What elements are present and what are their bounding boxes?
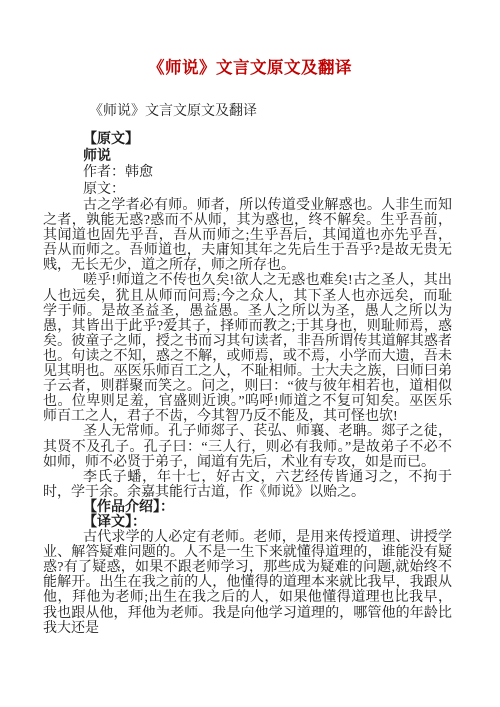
section-marker-intro: 【作品介绍】： — [43, 500, 452, 515]
original-header-block: 【原文】 师说 作者：韩愈 原文： — [43, 132, 452, 198]
document-page: 《师说》文言文原文及翻译 《师说》文言文原文及翻译 【原文】 师说 作者：韩愈 … — [0, 0, 500, 707]
original-paragraph-1: 古之学者必有师。师者，所以传道受业解惑也。人非生而知之者，孰能无惑?惑而不从师，… — [43, 198, 452, 273]
document-subtitle: 《师说》文言文原文及翻译 — [43, 104, 452, 119]
document-title: 《师说》文言文原文及翻译 — [0, 58, 500, 78]
author-line: 作者：韩愈 — [43, 165, 452, 182]
work-title: 师说 — [43, 149, 452, 166]
original-paragraph-4: 李氏子蟠，年十七，好古文，六艺经传皆通习之，不拘于时，学于余。余嘉其能行古道，作… — [43, 470, 452, 500]
section-marker-translation: 【译文】： — [43, 515, 452, 530]
original-paragraph-3: 圣人无常师。孔子师郯子、苌弘、师襄、老聃。郯子之徒，其贤不及孔子。孔子曰：“三人… — [43, 424, 452, 469]
original-label: 原文： — [43, 182, 452, 199]
original-paragraph-2: 嗟乎!师道之不传也久矣!欲人之无惑也难矣!古之圣人，其出人也远矣，犹且从师而问焉… — [43, 273, 452, 424]
section-marker-original: 【原文】 — [43, 132, 452, 149]
document-body: 古之学者必有师。师者，所以传道受业解惑也。人非生而知之者，孰能无惑?惑而不从师，… — [43, 198, 452, 636]
translation-paragraph: 古代求学的人必定有老师。老师，是用来传授道理、讲授学业、解答疑难问题的。人不是一… — [43, 530, 452, 636]
